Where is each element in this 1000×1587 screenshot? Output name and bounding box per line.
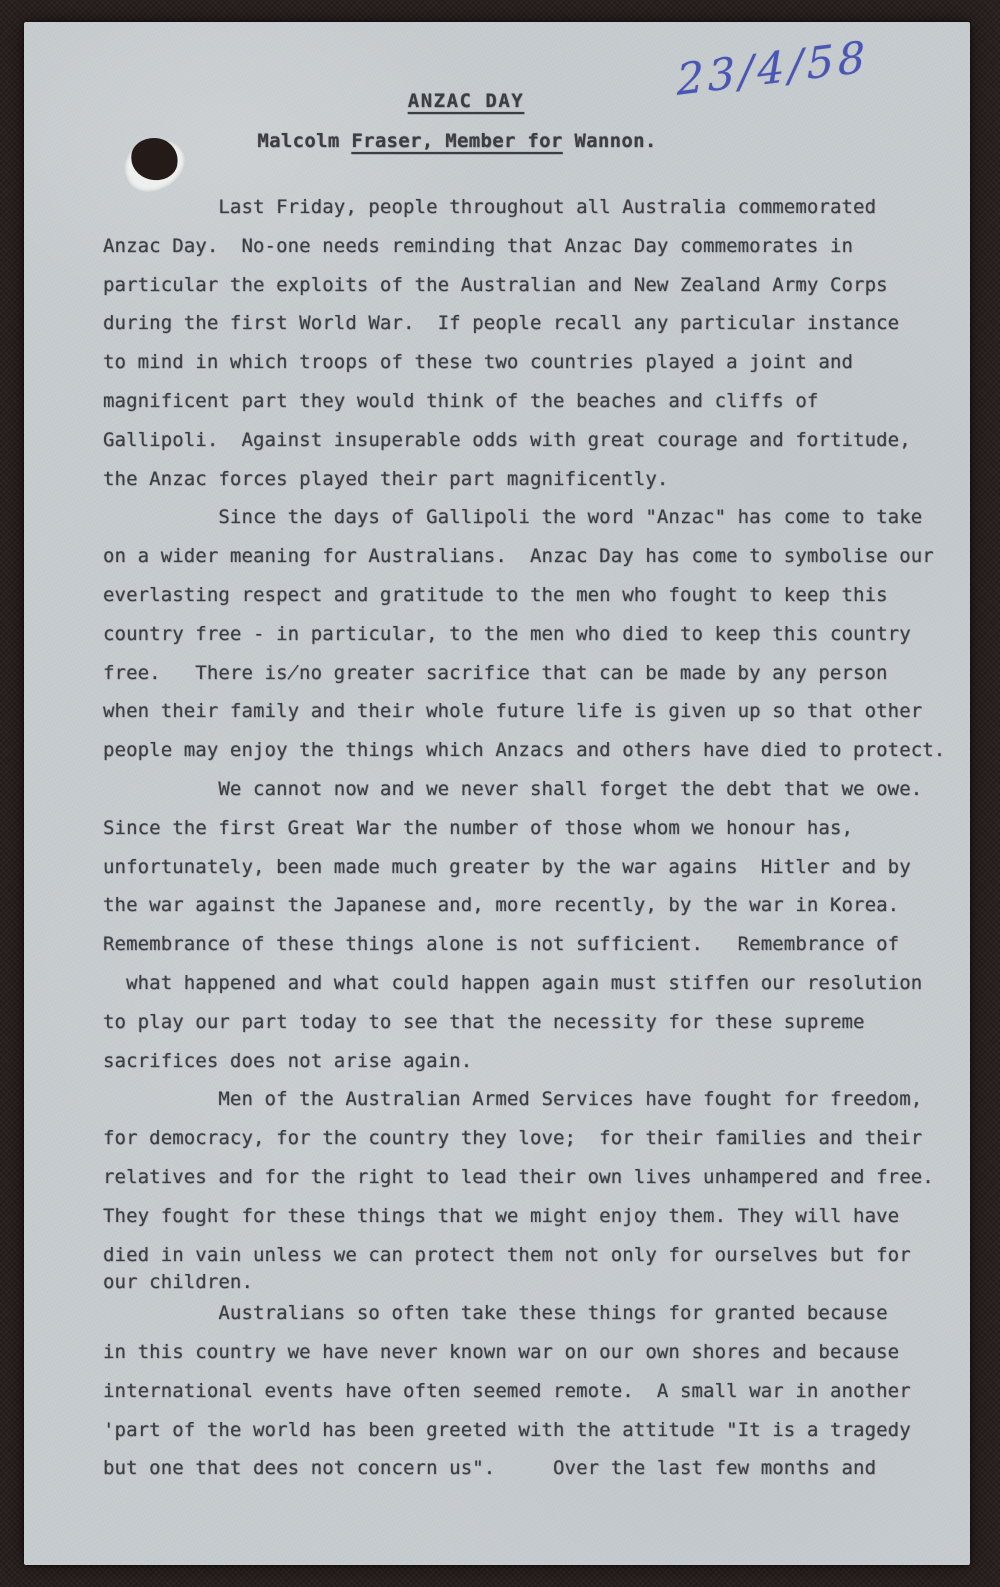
- text-line: sacrifices does not arise again.: [103, 1042, 953, 1081]
- text-line: when their family and their whole future…: [103, 692, 953, 731]
- text-line: Since the days of Gallipoli the word "An…: [103, 498, 953, 537]
- text-line: They fought for these things that we mig…: [103, 1197, 953, 1236]
- document-byline: Malcolm Fraser, Member for Wannon.: [0, 130, 930, 152]
- text-line: Last Friday, people throughout all Austr…: [103, 188, 953, 227]
- byline-post: Wannon.: [563, 130, 657, 152]
- text-line: what happened and what could happen agai…: [103, 964, 953, 1003]
- text-line: Gallipoli. Against insuperable odds with…: [103, 421, 953, 460]
- text-line: everlasting respect and gratitude to the…: [103, 576, 953, 615]
- text-line: international events have often seemed r…: [103, 1372, 953, 1411]
- document-body: Last Friday, people throughout all Austr…: [103, 188, 953, 1488]
- text-line: Men of the Australian Armed Services hav…: [103, 1080, 953, 1119]
- text-line: 'part of the world has been greeted with…: [103, 1411, 953, 1450]
- text-line: country free - in particular, to the men…: [103, 615, 953, 654]
- text-line: to play our part today to see that the n…: [103, 1003, 953, 1042]
- byline-underlined: Fraser, Member for: [351, 130, 562, 152]
- text-line: free. There is̸no greater sacrifice that…: [103, 654, 953, 693]
- text-line: magnificent part they would think of the…: [103, 382, 953, 421]
- text-line: Since the first Great War the number of …: [103, 809, 953, 848]
- text-line: for democracy, for the country they love…: [103, 1119, 953, 1158]
- text-line: relatives and for the right to lead thei…: [103, 1158, 953, 1197]
- text-line: unfortunately, been made much greater by…: [103, 848, 953, 887]
- text-line: the Anzac forces played their part magni…: [103, 460, 953, 499]
- text-line: in this country we have never known war …: [103, 1333, 953, 1372]
- document-page: 23/4/58 ANZAC DAY Malcolm Fraser, Member…: [24, 22, 970, 1565]
- document-title: ANZAC DAY: [0, 90, 939, 112]
- photo-background: { "page": { "handwritten_date": "23/4/58…: [0, 0, 1000, 1587]
- text-line: the war against the Japanese and, more r…: [103, 886, 953, 925]
- text-line: to mind in which troops of these two cou…: [103, 343, 953, 382]
- text-line: particular the exploits of the Australia…: [103, 266, 953, 305]
- byline-pre: Malcolm: [257, 130, 351, 152]
- text-line: on a wider meaning for Australians. Anza…: [103, 537, 953, 576]
- text-line: Australians so often take these things f…: [103, 1294, 953, 1333]
- text-line: Anzac Day. No-one needs reminding that A…: [103, 227, 953, 266]
- text-line: Remembrance of these things alone is not…: [103, 925, 953, 964]
- text-line: people may enjoy the things which Anzacs…: [103, 731, 953, 770]
- text-line: We cannot now and we never shall forget …: [103, 770, 953, 809]
- text-line: but one that dees not concern us". Over …: [103, 1449, 953, 1488]
- text-line: during the first World War. If people re…: [103, 304, 953, 343]
